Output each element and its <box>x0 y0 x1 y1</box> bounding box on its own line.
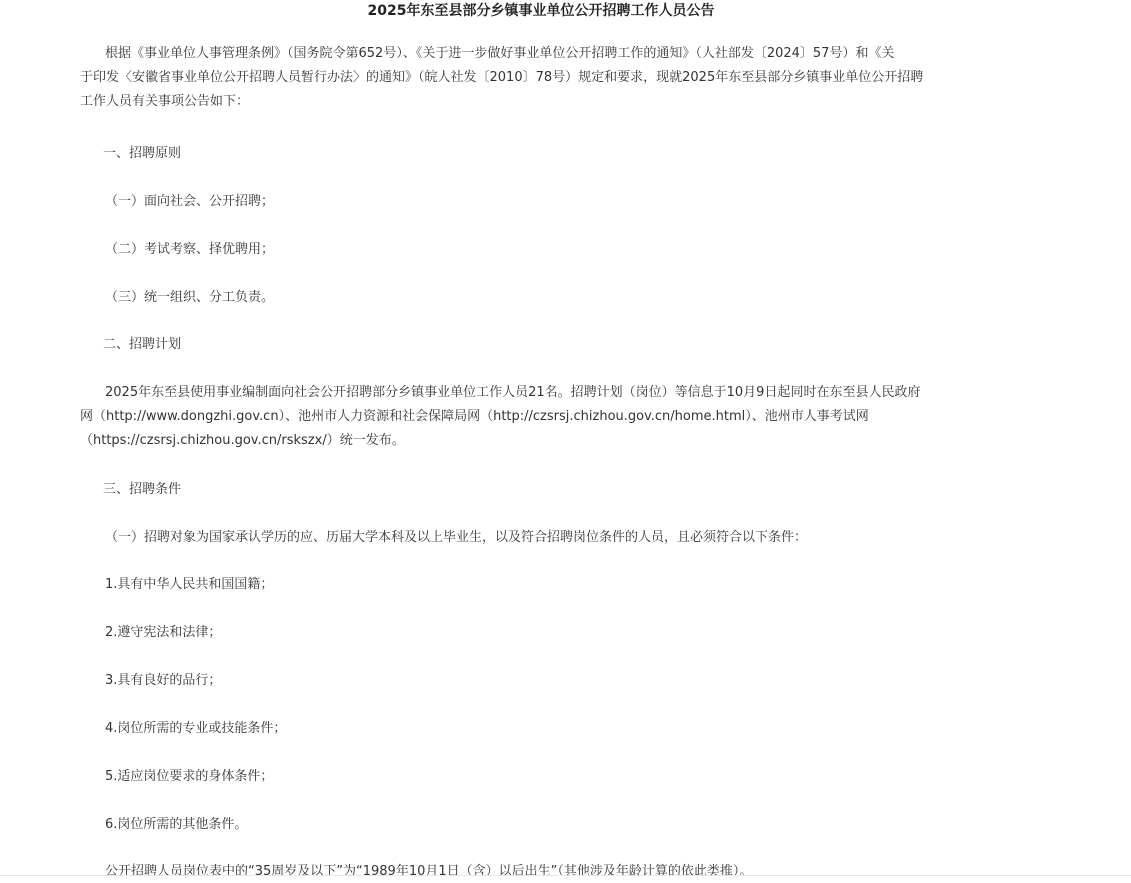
condition-item-3: 3.具有良好的品行； <box>105 669 1000 693</box>
principle-item-3: （三）统一组织、分工负责。 <box>105 286 1000 310</box>
section-heading-principles: 一、招聘原则 <box>103 142 998 166</box>
intro-paragraph: 根据《事业单位人事管理条例》（国务院令第652号）、《关于进一步做好事业单位公开… <box>80 42 975 114</box>
intro-line-3: 工作人员有关事项公告如下： <box>80 90 975 114</box>
viewport-bottom-edge <box>0 875 1131 883</box>
intro-line-2: 于印发〈安徽省事业单位公开招聘人员暂行办法〉的通知》（皖人社发〔2010〕78号… <box>80 66 975 90</box>
intro-line-1: 根据《事业单位人事管理条例》（国务院令第652号）、《关于进一步做好事业单位公开… <box>80 42 975 66</box>
plan-line-2: 网（http://www.dongzhi.gov.cn）、池州市人力资源和社会保… <box>80 405 975 429</box>
section-heading-conditions: 三、招聘条件 <box>103 478 998 502</box>
condition-item-6: 6.岗位所需的其他条件。 <box>105 813 1000 837</box>
conditions-subheading: （一）招聘对象为国家承认学历的应、历届大学本科及以上毕业生，以及符合招聘岗位条件… <box>105 526 1000 550</box>
plan-line-1: 2025年东至县使用事业编制面向社会公开招聘部分乡镇事业单位工作人员21名。招聘… <box>80 381 975 405</box>
condition-item-1: 1.具有中华人民共和国国籍； <box>105 573 1000 597</box>
page-title: 2025年东至县部分乡镇事业单位公开招聘工作人员公告 <box>0 2 1082 20</box>
section-heading-plan: 二、招聘计划 <box>103 333 998 357</box>
plan-paragraph: 2025年东至县使用事业编制面向社会公开招聘部分乡镇事业单位工作人员21名。招聘… <box>80 381 975 453</box>
condition-item-5: 5.适应岗位要求的身体条件； <box>105 765 1000 789</box>
condition-item-4: 4.岗位所需的专业或技能条件； <box>105 717 1000 741</box>
condition-item-2: 2.遵守宪法和法律； <box>105 621 1000 645</box>
plan-line-3: （https://czsrsj.chizhou.gov.cn/rskszx/）统… <box>80 429 975 453</box>
principle-item-1: （一）面向社会、公开招聘； <box>105 190 1000 214</box>
principle-item-2: （二）考试考察、择优聘用； <box>105 238 1000 262</box>
